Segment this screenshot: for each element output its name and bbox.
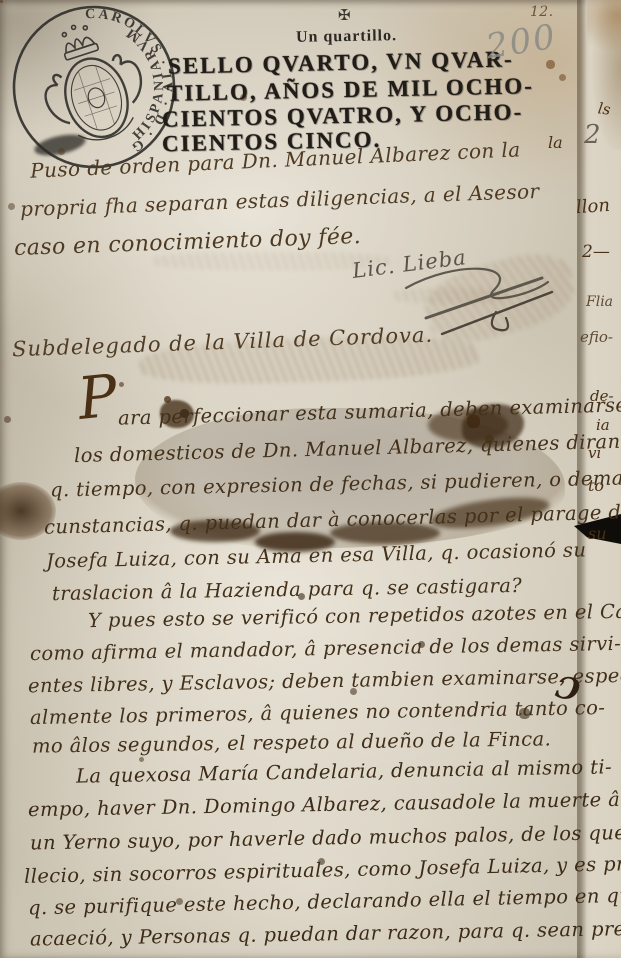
margin-fragment: de- [590, 387, 614, 405]
body-line: los domesticos de Dn. Manuel Albarez, qu… [74, 430, 621, 467]
stamp-cross-icon: ✠ [338, 6, 351, 25]
margin-fragment: la [548, 133, 563, 152]
margin-fragment: su [588, 524, 607, 543]
body-line: cunstancias, q. puedan dar à conocerlas … [44, 500, 621, 538]
body-line: empo, haver Dn. Domingo Albarez, causado… [28, 788, 621, 821]
body-line: La quexosa María Candelaria, denuncia al… [76, 755, 612, 787]
margin-fragment: efio- [580, 328, 613, 346]
body-line: mo âlos segundos, el respeto al dueño de… [32, 727, 551, 757]
margin-fragment: vi [588, 444, 601, 462]
margin-fragment: ia [596, 416, 610, 434]
body-line: almente los primeros, â quienes no conte… [30, 696, 606, 729]
body-line: un Yerno suyo, por haverle dado muchos p… [30, 821, 621, 855]
body-line: acaeció, y Personas q. puedan dar razon,… [30, 916, 621, 950]
seal-crown [57, 20, 99, 60]
body-line: entes libres, y Esclavos; deben tambien … [28, 664, 621, 698]
stamp-denomination: Un quartillo. [296, 27, 397, 47]
decorative-initial: P [75, 366, 120, 428]
manuscript-page: CAROLVS · IV · D · G HISPANIARVM ✠ Un qu… [0, 0, 621, 958]
body-line: q. tiempo, con expresion de fechas, si p… [50, 465, 621, 501]
margin-fragment: ls [597, 99, 612, 119]
body-line: llecio, sin socorros espirituales, como … [24, 851, 621, 888]
body-line: Y pues esto se verificó con repetidos az… [88, 599, 621, 632]
body-line: traslacion â la Hazienda para q. se cast… [52, 574, 522, 605]
seal-shield [56, 50, 138, 145]
foxing-speckles [0, 0, 3, 3]
margin-fragment: 2— [582, 242, 610, 262]
body-line: ara perfeccionar esta sumaria, deben exa… [118, 393, 621, 429]
pencil-number: 200 [483, 17, 559, 68]
body-line: como afirma el mandador, â presencia de … [30, 632, 621, 665]
margin-fragment: llon [575, 195, 610, 218]
margin-fragment: to [588, 476, 604, 495]
body-line: Josefa Luiza, con su Ama en esa Villa, q… [46, 538, 587, 572]
certification-line: propria fha separan estas diligencias, a… [20, 179, 540, 221]
body-line: q. se purifique este hecho, declarando e… [28, 884, 621, 920]
margin-fragment: 2 [584, 120, 601, 150]
margin-fragment: Flia [586, 294, 613, 310]
